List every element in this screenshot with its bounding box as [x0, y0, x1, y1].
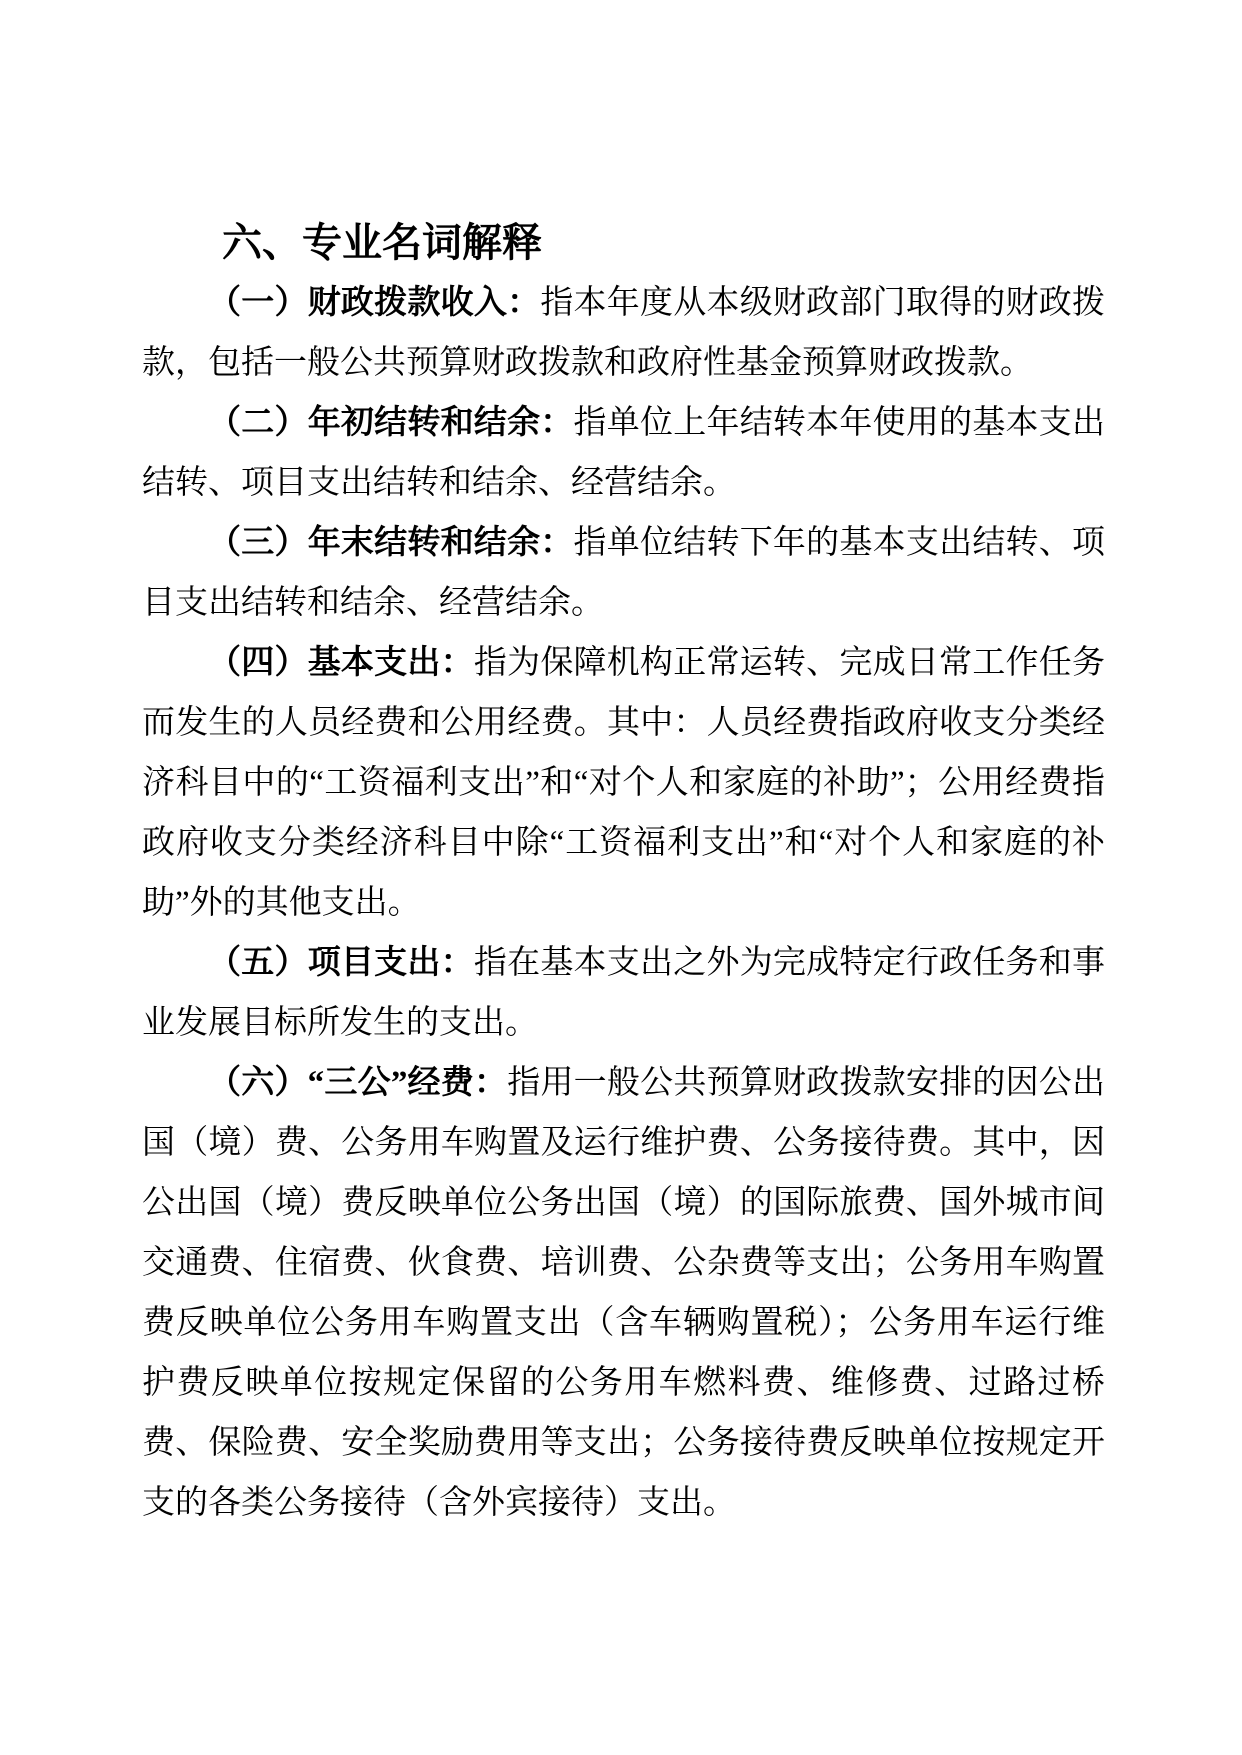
- term-label: （六）“三公”经费：: [208, 1065, 507, 1101]
- term-label: （二）年初结转和结余：: [208, 405, 574, 441]
- term-paragraph-fiscal-appropriation-income: （一）财政拨款收入：指本年度从本级财政部门取得的财政拨款，包括一般公共预算财政拨…: [142, 273, 1105, 393]
- document-page: 六、专业名词解释 （一）财政拨款收入：指本年度从本级财政部门取得的财政拨款，包括…: [0, 0, 1242, 1755]
- term-label: （五）项目支出：: [208, 945, 474, 981]
- term-paragraph-beginning-year-carryover: （二）年初结转和结余：指单位上年结转本年使用的基本支出结转、项目支出结转和结余、…: [142, 393, 1105, 513]
- term-label: （四）基本支出：: [208, 645, 474, 681]
- term-label: （三）年末结转和结余：: [208, 525, 574, 561]
- term-paragraph-basic-expenditure: （四）基本支出：指为保障机构正常运转、完成日常工作任务而发生的人员经费和公用经费…: [142, 633, 1105, 933]
- term-paragraph-year-end-carryover: （三）年末结转和结余：指单位结转下年的基本支出结转、项目支出结转和结余、经营结余…: [142, 513, 1105, 633]
- term-label: （一）财政拨款收入：: [208, 285, 540, 321]
- section-heading: 六、专业名词解释: [142, 213, 1105, 273]
- term-paragraph-project-expenditure: （五）项目支出：指在基本支出之外为完成特定行政任务和事业发展目标所发生的支出。: [142, 933, 1105, 1053]
- term-definition: 指用一般公共预算财政拨款安排的因公出国（境）费、公务用车购置及运行维护费、公务接…: [142, 1065, 1105, 1521]
- term-paragraph-three-public-funds: （六）“三公”经费：指用一般公共预算财政拨款安排的因公出国（境）费、公务用车购置…: [142, 1053, 1105, 1533]
- term-definition: 指为保障机构正常运转、完成日常工作任务而发生的人员经费和公用经费。其中：人员经费…: [142, 645, 1105, 921]
